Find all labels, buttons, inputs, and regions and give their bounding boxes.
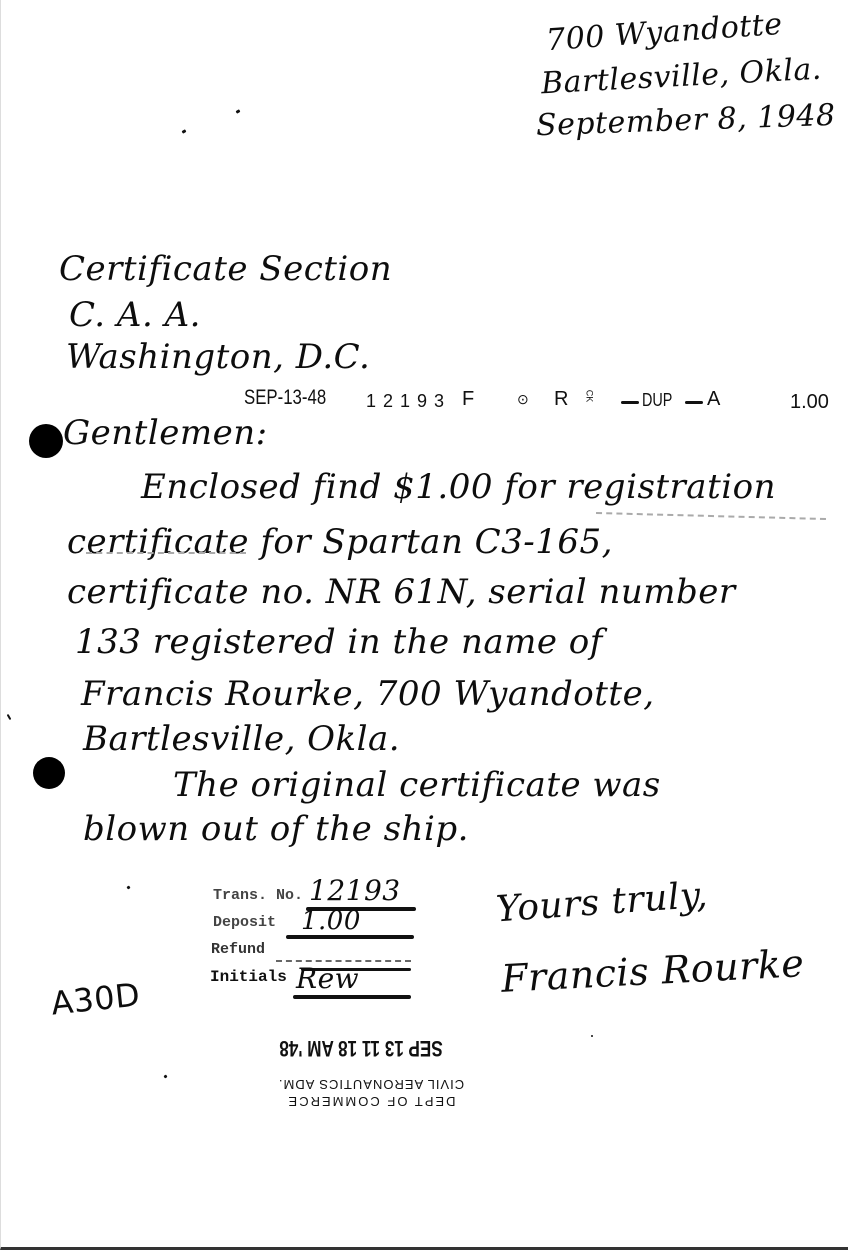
margin-note: A30D [49, 975, 142, 1022]
deposit-value: 1.00 [301, 906, 361, 936]
body-line-1: Enclosed find $1.00 for registration [141, 470, 776, 504]
initials-value: Rew [296, 962, 359, 995]
letter-date: September 8, 1948 [536, 101, 836, 141]
faint-underline [596, 512, 826, 520]
sender-city: Bartlesville, Okla. [540, 55, 822, 100]
body-line-6: Bartlesville, Okla. [83, 722, 400, 756]
body-line-3: certificate no. NR 61N, serial number [67, 575, 736, 609]
receipt-stamp-dup: DUP [642, 390, 672, 411]
faint-underline [86, 552, 246, 554]
ink-speck [126, 885, 130, 889]
receipt-stamp-date: SEP-13-48 [244, 386, 326, 410]
salutation: Gentlemen: [63, 416, 268, 450]
sender-street: 700 Wyandotte [545, 10, 783, 56]
receipt-stamp-number: 12193 [366, 391, 451, 412]
recipient-line-1: Certificate Section [59, 252, 392, 286]
punch-hole-upper [29, 424, 63, 458]
deposit-label: Deposit [213, 914, 276, 931]
refund-label: Refund [211, 941, 265, 958]
ink-speck [182, 129, 187, 134]
receipt-stamp-dot-icon: ⊙ [517, 391, 529, 408]
receipt-stamp-amount: 1.00 [790, 391, 829, 414]
letter-page: 700 Wyandotte Bartlesville, Okla. Septem… [0, 0, 848, 1250]
received-stamp-department: DEPT OF COMMERCE [286, 1094, 456, 1109]
initials-line [293, 995, 411, 999]
stamp-dash [621, 401, 639, 404]
recipient-line-3: Washington, D.C. [66, 340, 370, 374]
recipient-line-2: C. A. A. [69, 298, 201, 332]
body-line-5: Francis Rourke, 700 Wyandotte, [81, 677, 655, 711]
receipt-stamp-code-ck: CK [585, 390, 593, 403]
body-line-8: blown out of the ship. [83, 812, 469, 846]
deposit-line [286, 935, 414, 939]
stamp-dash [685, 401, 703, 404]
signature: Francis Rourke [500, 944, 805, 998]
ink-speck [163, 1074, 167, 1078]
body-line-4: 133 registered in the name of [75, 625, 603, 659]
ink-speck [591, 1035, 594, 1038]
body-line-7: The original certificate was [173, 768, 661, 802]
initials-label: Initials [210, 968, 287, 986]
trans-no-value: 12193 [309, 874, 401, 907]
valediction: Yours truly, [495, 878, 709, 929]
received-stamp-agency: CIVIL AERONAUTICS ADM. [266, 1077, 476, 1092]
trans-no-label: Trans. No. [213, 887, 303, 904]
receipt-stamp-code-r: R [554, 388, 568, 411]
receipt-stamp-code-f: F [462, 388, 474, 411]
ink-speck [7, 714, 12, 720]
received-stamp-datetime: SEP 13 11 18 AM '48 [275, 1035, 447, 1061]
ink-speck [236, 109, 241, 114]
receipt-stamp-code-a: A [707, 388, 720, 411]
punch-hole-lower [33, 757, 65, 789]
